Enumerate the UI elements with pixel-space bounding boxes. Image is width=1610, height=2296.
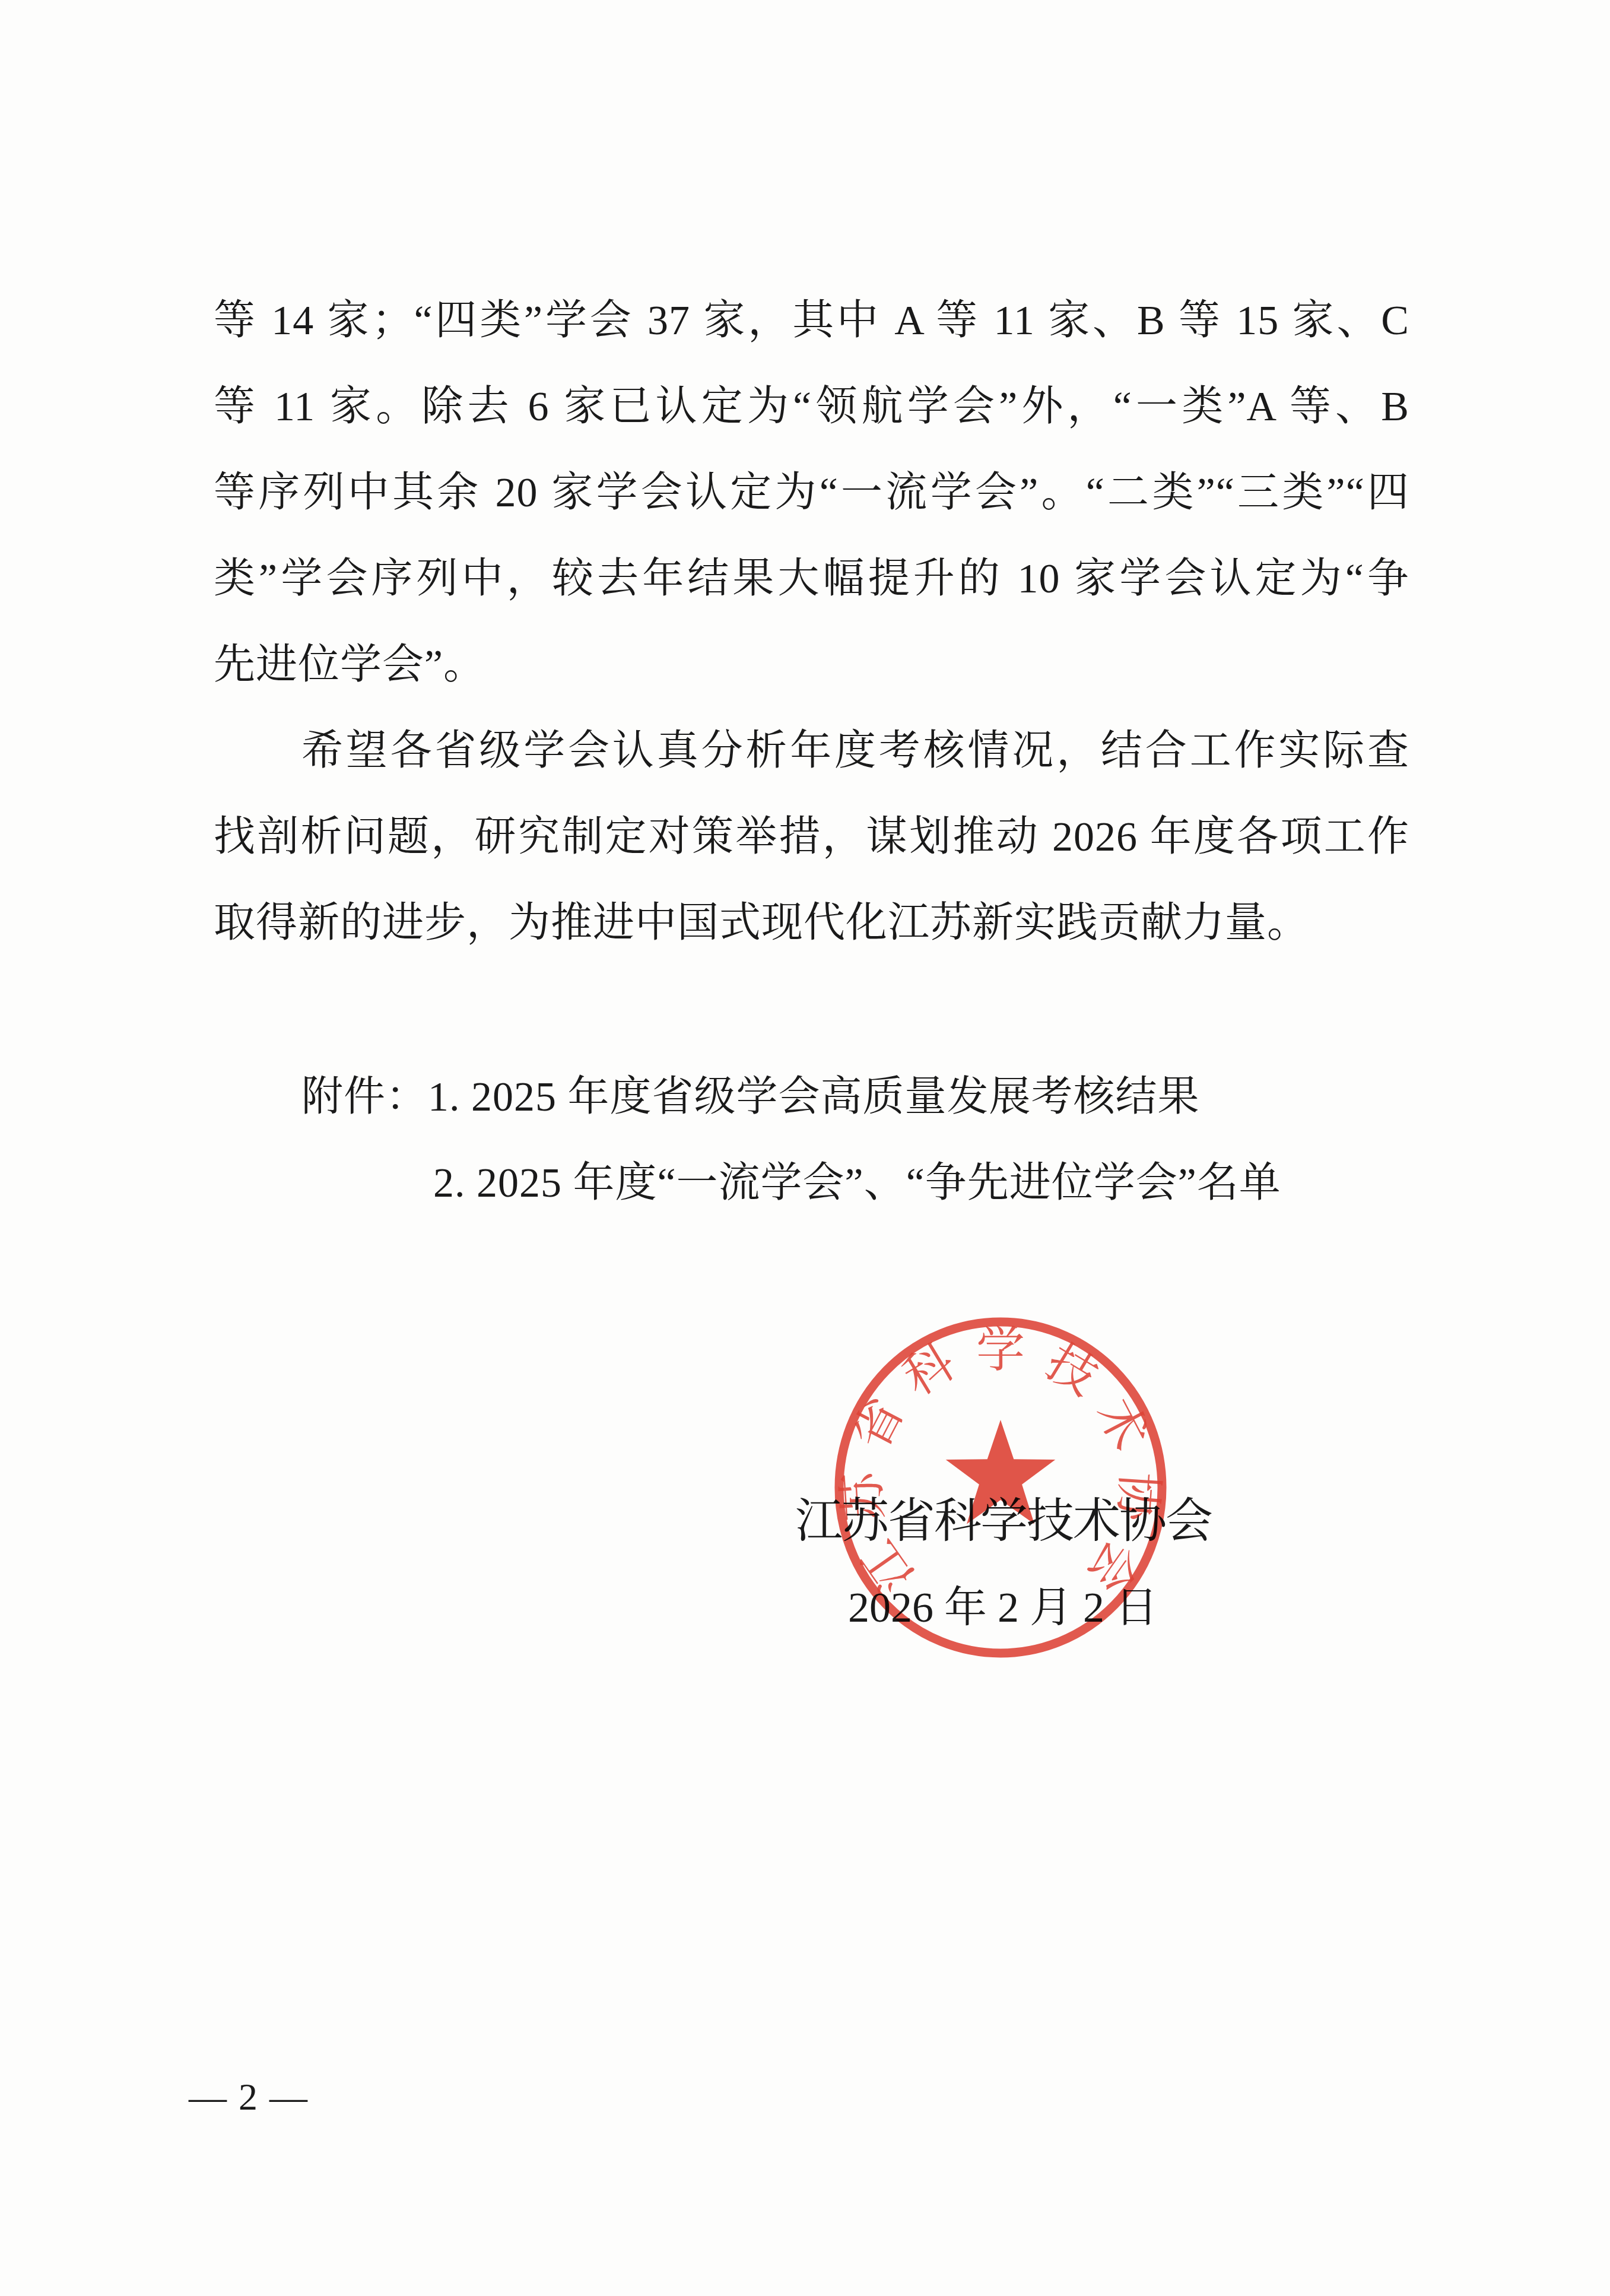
- official-seal: 江苏省科学技术协会: [823, 1309, 1179, 1666]
- attachment-item: 1. 2025 年度省级学会高质量发展考核结果: [428, 1074, 1200, 1120]
- paragraph-1: 等 14 家；“四类”学会 37 家，其中 A 等 11 家、B 等 15 家、…: [214, 278, 1409, 708]
- seal-arc-char: 术: [1087, 1390, 1158, 1458]
- document-page: 等 14 家；“四类”学会 37 家，其中 A 等 11 家、B 等 15 家、…: [0, 0, 1610, 2296]
- seal-arc-char: 技: [1037, 1334, 1106, 1406]
- seal-arc-char: 苏: [835, 1469, 892, 1523]
- attachment-list: 附件：1. 2025 年度省级学会高质量发展考核结果 2. 2025 年度“一流…: [214, 1054, 1409, 1226]
- attachment-line: 附件：1. 2025 年度省级学会高质量发展考核结果: [214, 1054, 1409, 1140]
- seal-arc-char: 省: [843, 1390, 914, 1458]
- text-line: 取得新的进步，为推进中国式现代化江苏新实践贡献力量。: [214, 880, 1409, 966]
- text-line: 等 14 家；“四类”学会 37 家，其中 A 等 11 家、B 等 15 家、…: [214, 278, 1409, 364]
- paragraph-2: 希望各省级学会认真分析年度考核情况，结合工作实际查 找剖析问题，研究制定对策举措…: [214, 708, 1409, 966]
- seal-arc-char: 学: [976, 1323, 1025, 1377]
- text-line: 等序列中其余 20 家学会认定为“一流学会”。“二类”“三类”“四: [214, 450, 1409, 536]
- seal-arc-char: 协: [1109, 1470, 1166, 1524]
- seal-arc-char: 江: [852, 1531, 925, 1602]
- text-line: 找剖析问题，研究制定对策举措，谋划推动 2026 年度各项工作: [214, 794, 1409, 880]
- seal-arc-char: 会: [1077, 1531, 1149, 1602]
- attachment-item: 2. 2025 年度“一流学会”、“争先进位学会”名单: [214, 1140, 1409, 1226]
- text-line: 类”学会序列中，较去年结果大幅提升的 10 家学会认定为“争: [214, 536, 1409, 622]
- page-number: — 2 —: [189, 2075, 309, 2120]
- seal-arc-char: 科: [894, 1334, 964, 1406]
- text-line: 先进位学会”。: [214, 622, 1409, 708]
- text-line: 等 11 家。除去 6 家已认定为“领航学会”外，“一类”A 等、B: [214, 364, 1409, 450]
- body-text: 等 14 家；“四类”学会 37 家，其中 A 等 11 家、B 等 15 家、…: [214, 278, 1409, 966]
- attachment-label: 附件：: [301, 1074, 428, 1120]
- text-line: 希望各省级学会认真分析年度考核情况，结合工作实际查: [214, 708, 1409, 794]
- seal-star: [946, 1420, 1056, 1524]
